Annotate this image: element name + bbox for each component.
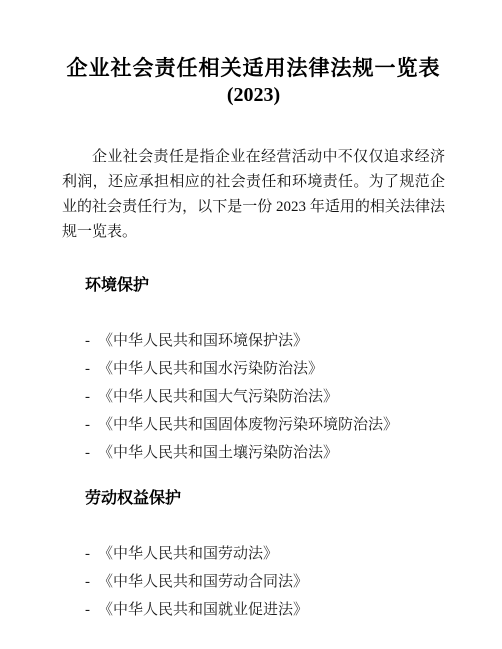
list-item: -《中华人民共和国劳动法》 xyxy=(85,540,445,568)
list-item: -《中华人民共和国环境保护法》 xyxy=(85,327,445,355)
list-bullet: - xyxy=(85,596,98,624)
law-name: 《中华人民共和国固体废物污染环境防治法》 xyxy=(98,417,398,433)
labor-law-list: -《中华人民共和国劳动法》 -《中华人民共和国劳动合同法》 -《中华人民共和国就… xyxy=(85,540,445,624)
list-bullet: - xyxy=(85,355,98,383)
list-bullet: - xyxy=(85,439,98,467)
intro-paragraph: 企业社会责任是指企业在经营活动中不仅仅追求经济利润，还应承担相应的社会责任和环境… xyxy=(62,145,445,245)
law-name: 《中华人民共和国劳动合同法》 xyxy=(98,574,308,590)
law-name: 《中华人民共和国土壤污染防治法》 xyxy=(98,445,338,461)
environment-law-list: -《中华人民共和国环境保护法》 -《中华人民共和国水污染防治法》 -《中华人民共… xyxy=(85,327,445,467)
list-item: -《中华人民共和国土壤污染防治法》 xyxy=(85,439,445,467)
law-name: 《中华人民共和国水污染防治法》 xyxy=(98,361,323,377)
list-item: -《中华人民共和国就业促进法》 xyxy=(85,596,445,624)
list-item: -《中华人民共和国大气污染防治法》 xyxy=(85,383,445,411)
document-page: 企业社会责任相关适用法律法规一览表 (2023) 企业社会责任是指企业在经营活动… xyxy=(0,0,502,649)
document-title-year: (2023) xyxy=(62,83,445,107)
list-bullet: - xyxy=(85,568,98,596)
list-item: -《中华人民共和国固体废物污染环境防治法》 xyxy=(85,411,445,439)
list-bullet: - xyxy=(85,327,98,355)
law-name: 《中华人民共和国大气污染防治法》 xyxy=(98,389,338,405)
document-title: 企业社会责任相关适用法律法规一览表 (2023) xyxy=(62,55,445,107)
list-bullet: - xyxy=(85,383,98,411)
list-bullet: - xyxy=(85,540,98,568)
law-name: 《中华人民共和国就业促进法》 xyxy=(98,602,308,618)
section-heading-environment: 环境保护 xyxy=(85,275,445,297)
law-name: 《中华人民共和国环境保护法》 xyxy=(98,333,308,349)
list-bullet: - xyxy=(85,411,98,439)
list-item: -《中华人民共和国水污染防治法》 xyxy=(85,355,445,383)
section-heading-labor-rights: 劳动权益保护 xyxy=(85,488,445,510)
document-title-text: 企业社会责任相关适用法律法规一览表 xyxy=(62,55,445,83)
list-item: -《中华人民共和国劳动合同法》 xyxy=(85,568,445,596)
law-name: 《中华人民共和国劳动法》 xyxy=(98,546,278,562)
